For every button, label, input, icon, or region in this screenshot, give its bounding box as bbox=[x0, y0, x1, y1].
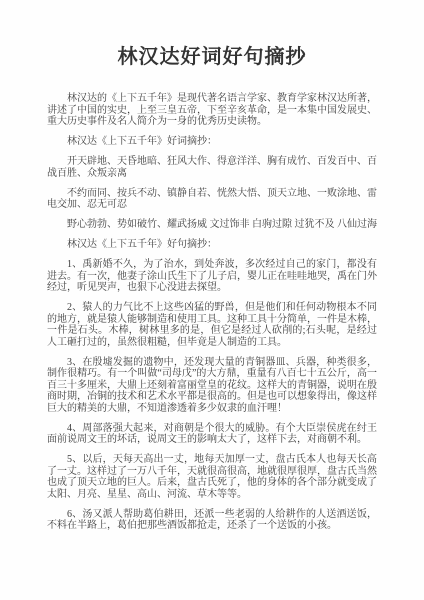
document-page: 林汉达好词好句摘抄 林汉达的《上下五千年》是现代著名语言学家、教育学家林汉达所著… bbox=[0, 0, 424, 600]
word-section-heading: 林汉达《上下五千年》好词摘抄： bbox=[47, 136, 377, 148]
word-line: 不约而同、按兵不动、镇静自若、恍然大悟、顶天立地、一败涂地、雷电交加、忍无可忍 bbox=[47, 188, 377, 211]
intro-paragraph: 林汉达的《上下五千年》是现代著名语言学家、教育学家林汉达所著，讲述了中国的实史，… bbox=[47, 93, 377, 128]
sentence-item: 6、汤又派人帮助葛伯耕田，还派一些老弱的人给耕作的人送酒送饭，不料在半路上，葛伯… bbox=[47, 509, 377, 532]
document-title: 林汉达好词好句摘抄 bbox=[47, 45, 377, 70]
sentence-item: 1、禹新婚不久，为了治水，到处奔波，多次经过自己的家门，都没有进去。有一次，他妻… bbox=[47, 259, 377, 294]
sentence-section-heading: 林汉达《上下五千年》好句摘抄： bbox=[47, 239, 377, 251]
sentence-item: 2、猿人的力气比不上这些凶猛的野兽，但是他们和任何动物根本不同的地方，就是猿人能… bbox=[47, 302, 377, 348]
sentence-item: 3、在殷墟发掘的遗物中，还发现大量的青铜器皿、兵器，种类很多，制作很精巧。有一个… bbox=[47, 357, 377, 415]
word-line: 野心勃勃、势如破竹、耀武扬威 文过饰非 白驹过隙 过犹不及 八仙过海 bbox=[47, 219, 377, 231]
sentence-item: 4、周部落强大起来，对商朝是个很大的威胁。有个大臣崇侯虎在纣王面前说周文王的坏话… bbox=[47, 423, 377, 446]
word-line: 开天辟地、天昏地暗、狂风大作、得意洋洋、胸有成竹、百发百中、百战百胜、众叛亲离 bbox=[47, 156, 377, 179]
sentence-item: 5、以后，天每天高出一丈，地每天加厚一丈，盘古氏本人也每天长高了一丈。这样过了一… bbox=[47, 454, 377, 500]
